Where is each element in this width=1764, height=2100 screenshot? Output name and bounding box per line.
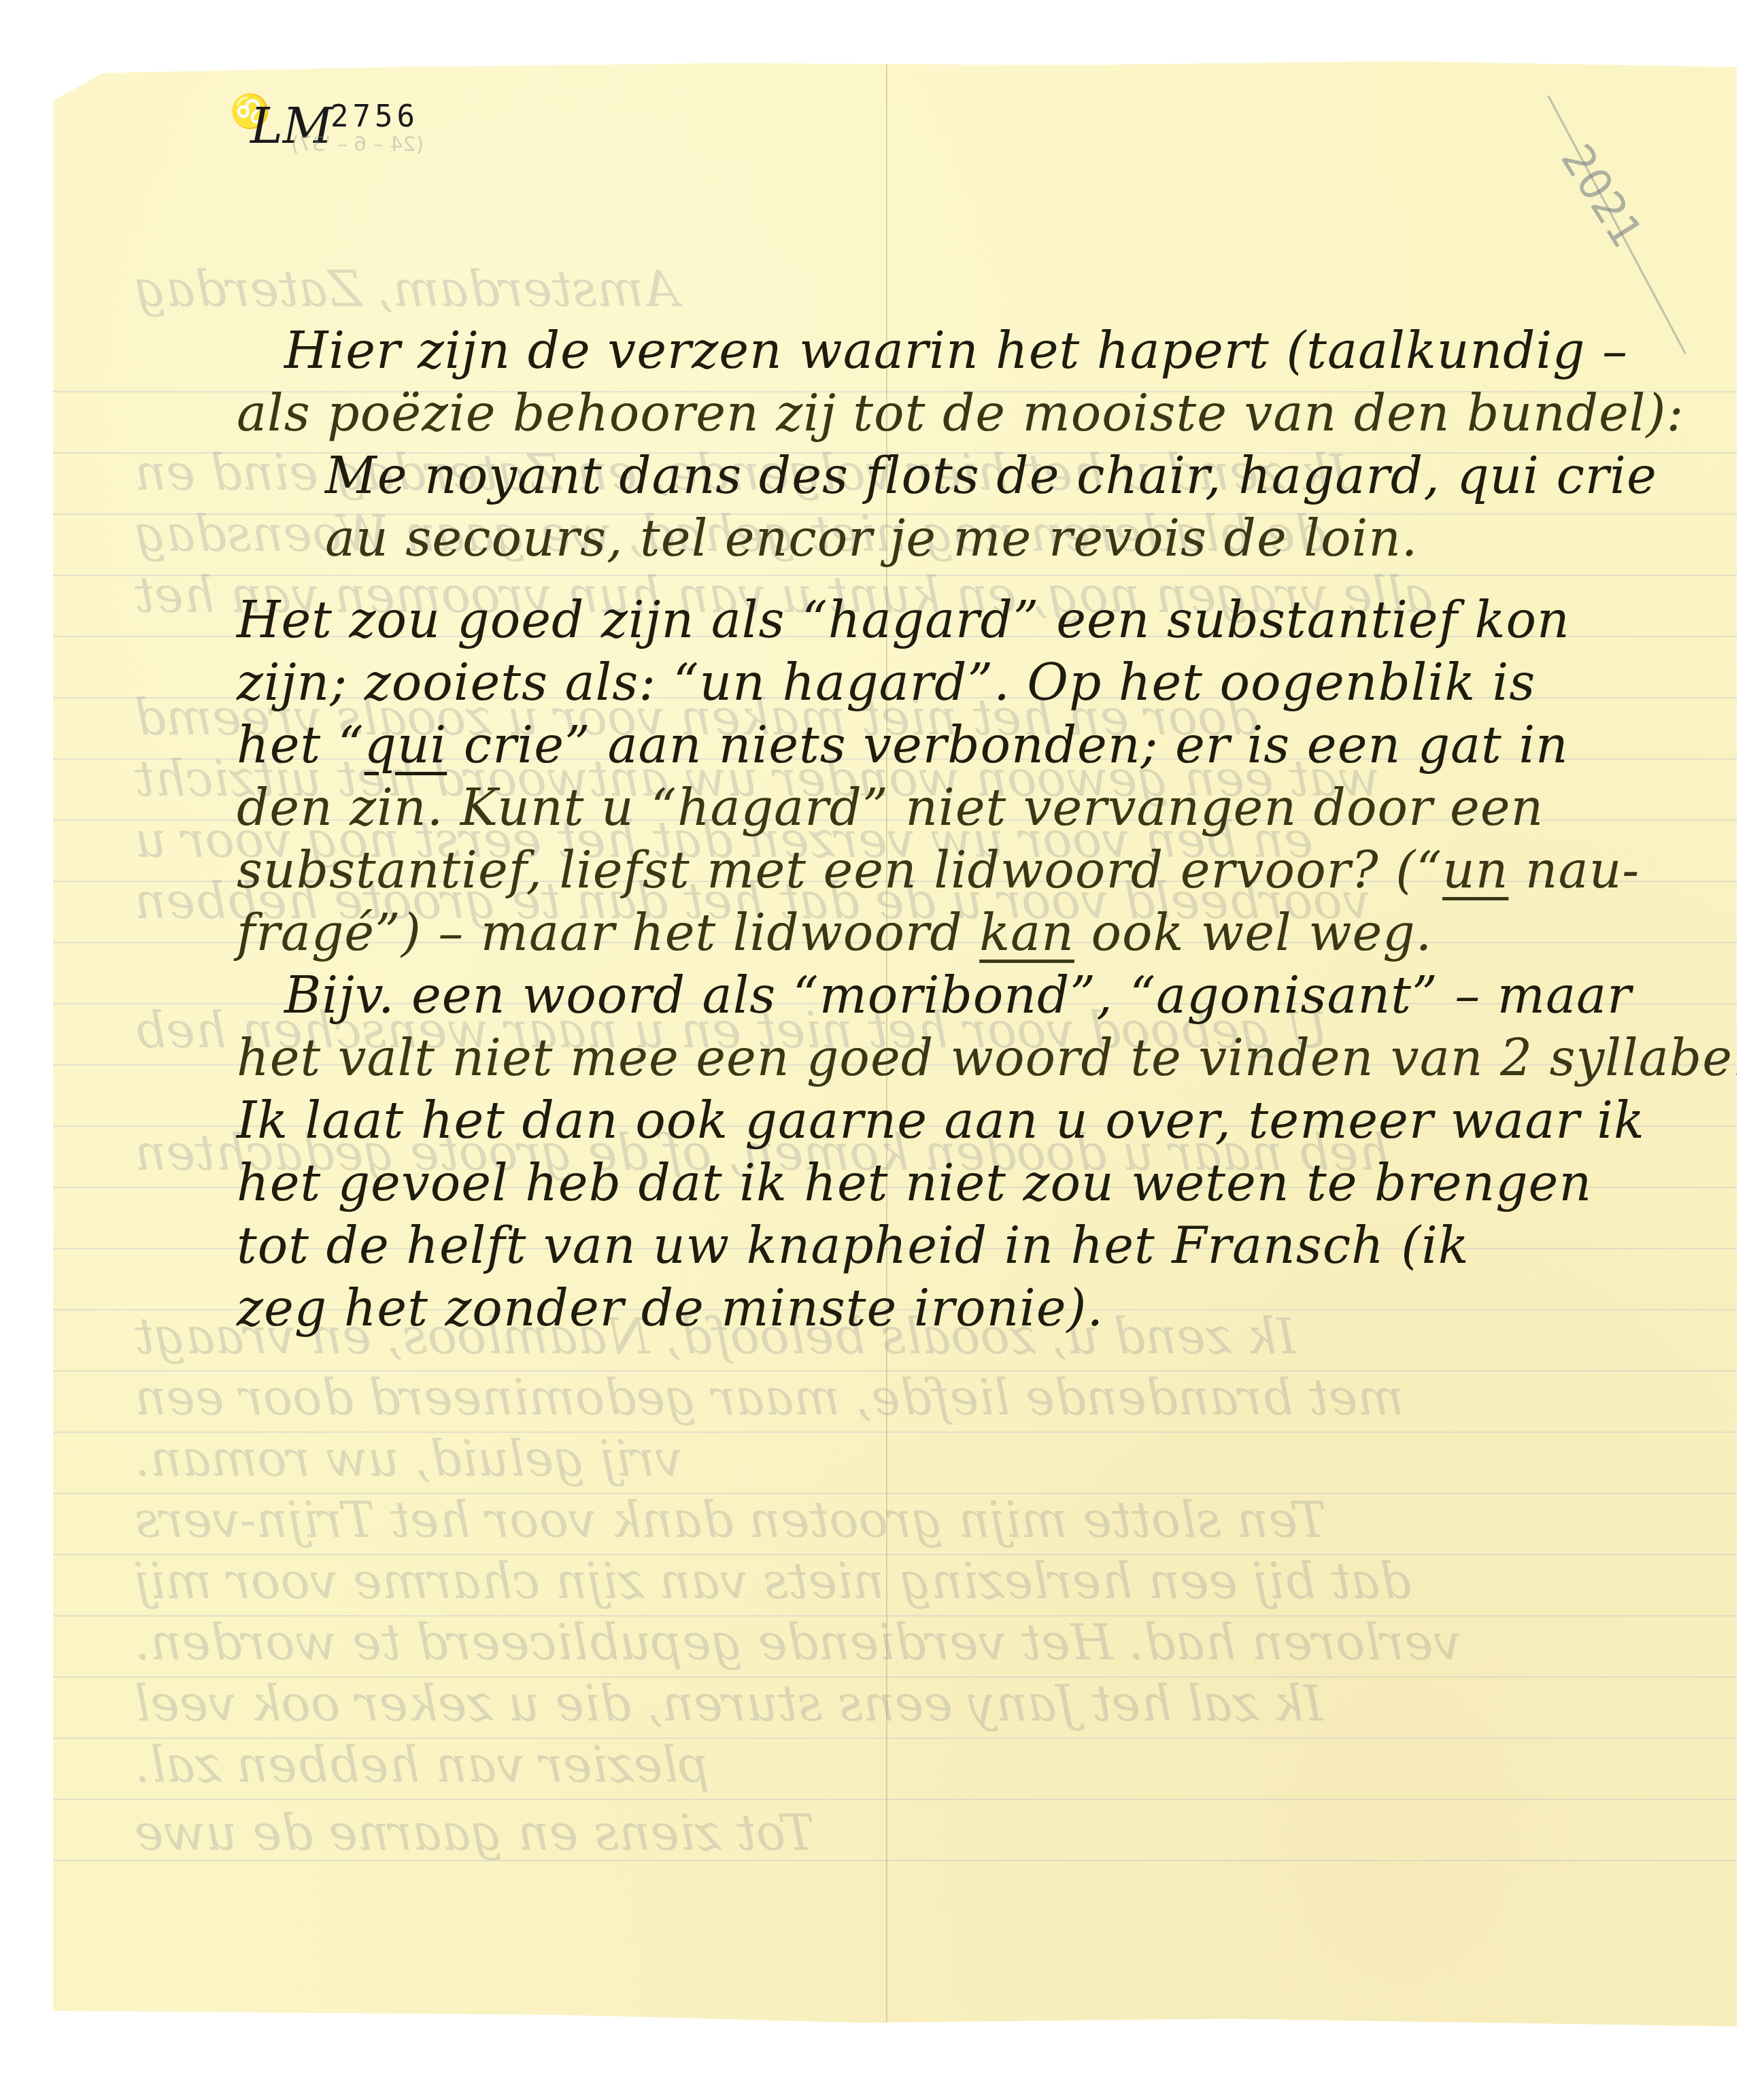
bleed-through-line: met brandende liefde, maar gedomineerd d… (135, 1367, 1699, 1428)
intro-line-2: als poëzie behooren zij tot de mooiste v… (237, 382, 1719, 445)
suggestion-line-4: het gevoel heb dat ik het niet zou weten… (237, 1152, 1719, 1215)
suggestion-line-5: tot de helft van uw knapheid in het Fran… (237, 1215, 1719, 1277)
bleed-through-line: Ik zal het Jany eens sturen, die u zeker… (135, 1673, 1699, 1734)
comment-line-5: substantief, liefst met een lidwoord erv… (237, 839, 1719, 902)
verse-quote-line-1: Me noyant dans des flots de chair, hagar… (237, 445, 1719, 507)
pencil-folio-number: 2021 (1550, 136, 1652, 256)
bleed-through-line: Tot ziens en gaarne de uwe (135, 1802, 1427, 1863)
comment-line-3: het “qui crie” aan niets verbonden; er i… (237, 714, 1719, 777)
comment-line-1: Het zou goed zijn als “hagard” een subst… (237, 589, 1719, 651)
suggestion-line-6: zeg het zonder de minste ironie). (237, 1277, 1719, 1340)
suggestion-line-2: het valt niet mee een goed woord te vind… (237, 1027, 1719, 1089)
letter-paper: Amsterdam, Zaterdag Ik zend u het hier v… (53, 61, 1737, 2027)
bleed-through-line: vrij geluid, uw roman. (135, 1428, 1699, 1489)
bleed-through-line: verloren had. Het verdiende gepubliceerd… (135, 1612, 1699, 1673)
comment-line-4: den zin. Kunt u “hagard” niet vervangen … (237, 777, 1719, 839)
suggestion-line-3: Ik laat het dan ook gaarne aan u over, t… (237, 1089, 1719, 1152)
comment-line-6: fragé”) – maar het lidwoord kan ook wel … (237, 902, 1719, 964)
bleed-through-line: Amsterdam, Zaterdag (135, 258, 1699, 320)
suggestion-line-1: Bijv. een woord als “moribond”, “agonisa… (237, 964, 1719, 1027)
bleed-through-line: plezier van hebben zal. (135, 1734, 1699, 1795)
bleed-through-line: dat bij een herlezing niets van zijn cha… (135, 1551, 1699, 1612)
bleed-through-signature: Eduard Jenny (0, 1857, 427, 1918)
underlined-word: qui (364, 716, 447, 775)
verse-quote-line-2: au secours, tel encor je me revois de lo… (237, 507, 1719, 570)
intro-line-1: Hier zijn de verzen waarin het hapert (t… (237, 320, 1719, 382)
comment-line-2: zijn; zooiets als: “un hagard”. Op het o… (237, 651, 1719, 714)
bleed-through-line: Ten slotte mijn grooten dank voor het Tr… (135, 1489, 1699, 1551)
paper-ruling (53, 1799, 1737, 1800)
underlined-word: un (1442, 841, 1508, 900)
underlined-word: kan (979, 904, 1074, 962)
pencil-date-note: (24 – 6 – '37) (291, 133, 424, 156)
letter-body: Hier zijn de verzen waarin het hapert (t… (237, 320, 1719, 1340)
